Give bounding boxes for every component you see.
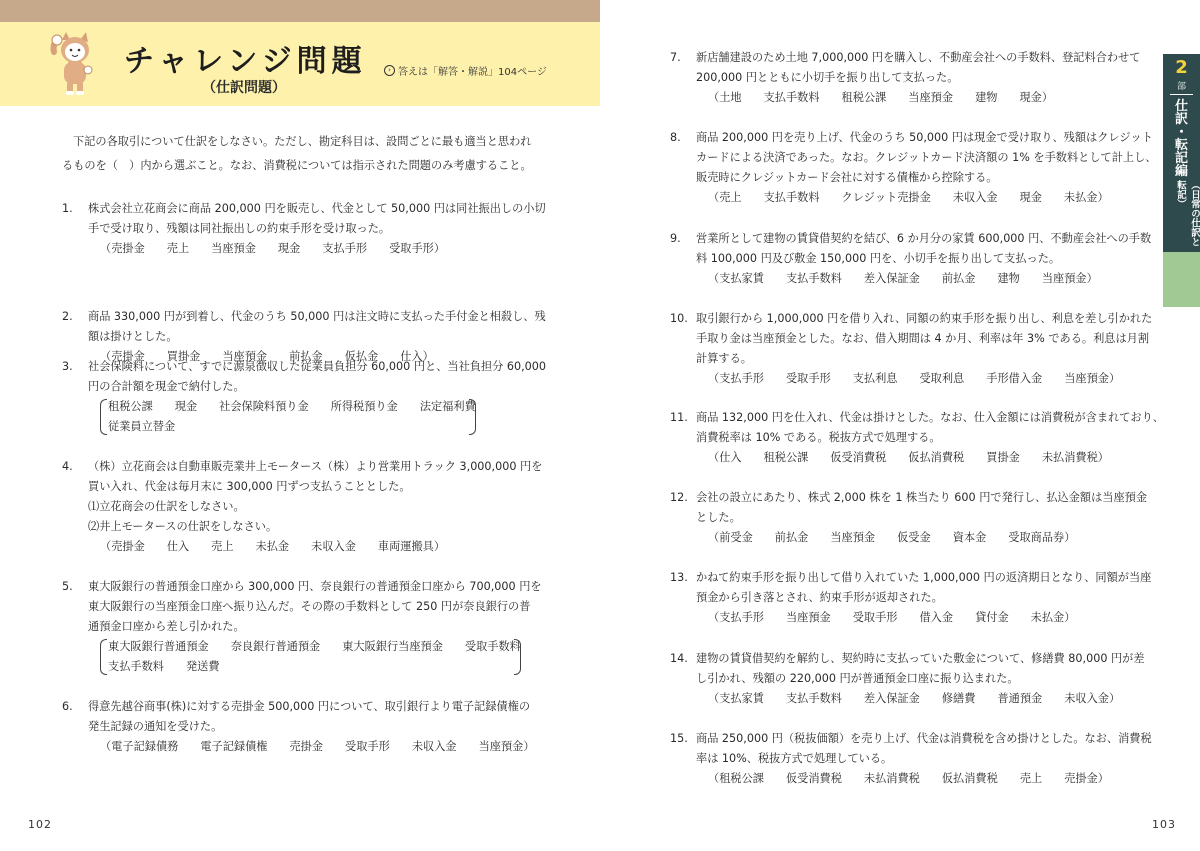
account-choices: （支払家賃支払手数料差入保証金修繕費普通預金未収入金） <box>708 689 1145 709</box>
answer-reference: › 答えは「解答・解説」104ページ <box>384 63 547 78</box>
choice: 売掛金 <box>289 740 323 753</box>
answer-reference-text: 答えは「解答・解説」104ページ <box>398 63 547 78</box>
choice: 車両運搬具） <box>378 540 445 553</box>
question-7: 7. 新店舗建設のため土地 7,000,000 円を購入し、不動産会社への手数料… <box>670 48 1140 108</box>
question-text: 建物の賃貸借契約を解約し、契約時に支払っていた敷金について、修繕費 80,000… <box>696 649 1145 669</box>
part-label: 部 <box>1163 79 1200 92</box>
question-1: 1. 株式会社立花商会に商品 200,000 円を販売し、代金として 50,00… <box>62 199 546 259</box>
page-title: チャレンジ問題 <box>124 36 367 80</box>
chapter-side-tab[interactable]: 2 部 仕訳・転記編 （日常の仕訳と転記） <box>1163 54 1200 252</box>
question-text: 手取り金は当座預金とした。なお、借入期間は 4 か月、利率は年 3% である。利… <box>696 329 1152 349</box>
question-number: 3. <box>62 357 88 377</box>
choice: 貸付金 <box>975 611 1009 624</box>
choice: 未払金） <box>1031 611 1076 624</box>
choice: 前払金 <box>942 272 976 285</box>
question-5: 5. 東大阪銀行の普通預金口座から 300,000 円、奈良銀行の普通預金口座か… <box>62 577 542 677</box>
question-number: 5. <box>62 577 88 597</box>
choice: 租税公課 <box>108 400 153 413</box>
account-choices: （売上支払手数料クレジット売掛金未収入金現金未払金） <box>708 188 1156 208</box>
question-text: 発生記録の通知を受けた。 <box>88 717 535 737</box>
question-text: 会社の設立にあたり、株式 2,000 株を 1 株当たり 600 円で発行し、払… <box>696 488 1147 508</box>
question-number: 8. <box>670 128 696 148</box>
choice: 租税公課 <box>764 451 809 464</box>
choice: 支払利息 <box>853 372 898 385</box>
question-number: 12. <box>670 488 696 508</box>
choice: （売上 <box>708 191 742 204</box>
choice: 租税公課 <box>842 91 887 104</box>
choice: （支払手形 <box>708 372 764 385</box>
choice: 現金 <box>175 400 197 413</box>
choice: 支払手数料 <box>108 660 164 673</box>
question-number: 10. <box>670 309 696 329</box>
question-text: 計算する。 <box>696 349 1152 369</box>
choice: 当座預金） <box>1042 272 1098 285</box>
choice: （売掛金 <box>100 242 145 255</box>
question-number: 1. <box>62 199 88 219</box>
question-text: 200,000 円とともに小切手を振り出して支払った。 <box>696 68 1140 88</box>
question-text: 東大阪銀行の普通預金口座から 300,000 円、奈良銀行の普通預金口座から 7… <box>88 577 542 597</box>
account-choices: （売掛金売上当座預金現金支払手形受取手形） <box>100 239 546 259</box>
choice: 当座預金 <box>830 531 875 544</box>
question-text: 販売時にクレジットカード会社に対する債権から控除する。 <box>696 168 1156 188</box>
choice: 仮受金 <box>897 531 931 544</box>
side-tab-accent <box>1163 252 1200 307</box>
choice: 買掛金 <box>986 451 1020 464</box>
question-text: （株）立花商会は自動車販売業井上モータース（株）より営業用トラック 3,000,… <box>88 457 542 477</box>
question-3: 3. 社会保険料について、すでに源泉徴収した従業員負担分 60,000 円と、当… <box>62 357 546 437</box>
choice: 建物 <box>975 91 997 104</box>
choice: 現金 <box>1020 191 1042 204</box>
account-choices: （支払手形受取手形支払利息受取利息手形借入金当座預金） <box>708 369 1152 389</box>
choice: 手形借入金 <box>986 372 1042 385</box>
choice: 差入保証金 <box>864 692 920 705</box>
question-text: 買い入れ、代金は毎月末に 300,000 円ずつ支払うこととした。 <box>88 477 542 497</box>
question-number: 9. <box>670 229 696 249</box>
right-brace <box>469 399 476 435</box>
instructions-line: 下記の各取引について仕訳をしなさい。ただし、勘定科目は、設問ごとに最も適当と思わ… <box>62 130 540 154</box>
choice: 売上 <box>1020 772 1042 785</box>
choice: 資本金 <box>953 531 987 544</box>
choice: 現金） <box>1019 91 1053 104</box>
choice: （支払家賃 <box>708 272 764 285</box>
left-page: チャレンジ問題 （仕訳問題） › 答えは「解答・解説」104ページ 下記の各取引… <box>0 0 600 851</box>
question-6: 6. 得意先越谷商事(株)に対する売掛金 500,000 円について、取引銀行よ… <box>62 697 535 757</box>
choice: 支払手形 <box>322 242 367 255</box>
question-number: 6. <box>62 697 88 717</box>
question-text: 新店舗建設のため土地 7,000,000 円を購入し、不動産会社への手数料、登記… <box>696 48 1140 68</box>
question-12: 12. 会社の設立にあたり、株式 2,000 株を 1 株当たり 600 円で発… <box>670 488 1147 548</box>
choice: 未収入金 <box>953 191 998 204</box>
question-text: 商品 200,000 円を売り上げ、代金のうち 50,000 円は現金で受け取り… <box>696 128 1156 148</box>
question-text: 株式会社立花商会に商品 200,000 円を販売し、代金として 50,000 円… <box>88 199 546 219</box>
question-number: 7. <box>670 48 696 68</box>
choice: 社会保険料預り金 <box>219 400 309 413</box>
question-number: 15. <box>670 729 696 749</box>
choice: 当座預金 <box>786 611 831 624</box>
account-choices: （支払手形当座預金受取手形借入金貸付金未払金） <box>708 608 1151 628</box>
account-choices: （前受金前払金当座預金仮受金資本金受取商品券） <box>708 528 1147 548</box>
question-text: 通預金口座から差し引かれた。 <box>88 617 542 637</box>
choice: 前払金 <box>775 531 809 544</box>
choice: 東大阪銀行普通預金 <box>108 640 209 653</box>
choice: 発送費 <box>186 660 220 673</box>
choice: 当座預金） <box>479 740 535 753</box>
question-text: 商品 330,000 円が到着し、代金のうち 50,000 円は注文時に支払った… <box>88 307 546 327</box>
choice: 仮払消費税 <box>942 772 998 785</box>
choice: 法定福利費 <box>420 400 476 413</box>
sub-question: ⑴立花商会の仕訳をしなさい。 <box>88 497 542 517</box>
account-choices: （売掛金仕入売上未払金未収入金車両運搬具） <box>100 537 542 557</box>
choice: 未払消費税） <box>1042 451 1109 464</box>
choice: 受取手形 <box>786 372 831 385</box>
choice: 当座預金 <box>908 91 953 104</box>
choice: 未払金） <box>1064 191 1109 204</box>
choice: 受取手形 <box>345 740 390 753</box>
account-choices: （土地支払手数料租税公課当座預金建物現金） <box>708 88 1140 108</box>
question-text: 東大阪銀行の当座預金口座へ振り込んだ。その際の手数料として 250 円が奈良銀行… <box>88 597 542 617</box>
question-text: 取引銀行から 1,000,000 円を借り入れ、同額の約束手形を振り出し、利息を… <box>696 309 1152 329</box>
choice: 仕入 <box>167 540 189 553</box>
choice: 売掛金） <box>1064 772 1109 785</box>
choice: 仮受消費税 <box>786 772 842 785</box>
question-text: し引かれ、残額の 220,000 円が普通預金口座に振り込まれた。 <box>696 669 1145 689</box>
choice: 受取手数料 <box>465 640 521 653</box>
choice: 奈良銀行普通預金 <box>231 640 321 653</box>
question-text: 円の合計額を現金で納付した。 <box>88 377 546 397</box>
choice: （支払手形 <box>708 611 764 624</box>
question-8: 8. 商品 200,000 円を売り上げ、代金のうち 50,000 円は現金で受… <box>670 128 1156 208</box>
choice: 借入金 <box>919 611 953 624</box>
choice: （売掛金 <box>100 540 145 553</box>
choice: 修繕費 <box>942 692 976 705</box>
question-15: 15. 商品 250,000 円（税抜価額）を売り上げ、代金は消費税を含め掛けと… <box>670 729 1152 789</box>
question-11: 11. 商品 132,000 円を仕入れ、代金は掛けとした。なお、仕入金額には消… <box>670 408 1164 468</box>
question-number: 13. <box>670 568 696 588</box>
choice: 差入保証金 <box>864 272 920 285</box>
question-text: 得意先越谷商事(株)に対する売掛金 500,000 円について、取引銀行より電子… <box>88 697 535 717</box>
section-title-char: 編 <box>1163 165 1200 178</box>
question-9: 9. 営業所として建物の賃貸借契約を結び、6 か月分の家賃 600,000 円、… <box>670 229 1151 289</box>
page-subtitle: （仕訳問題） <box>202 77 286 97</box>
choice: 支払手数料 <box>764 191 820 204</box>
page-number-right: 103 <box>1152 818 1176 831</box>
right-brace <box>514 639 521 675</box>
account-choices: （租税公課仮受消費税未払消費税仮払消費税売上売掛金） <box>708 769 1152 789</box>
question-text: 手で受け取り、残額は同社振出しの約束手形を受け取った。 <box>88 219 546 239</box>
tab-divider <box>1170 94 1193 95</box>
question-text: 消費税率は 10% である。税抜方式で処理する。 <box>696 428 1164 448</box>
choice: （仕入 <box>708 451 742 464</box>
choice: 未払金 <box>256 540 290 553</box>
choice: 支払手数料 <box>764 91 820 104</box>
account-choices: 租税公課現金社会保険料預り金所得税預り金法定福利費 従業員立替金 <box>100 397 476 437</box>
choice: 未払消費税 <box>864 772 920 785</box>
choice: 当座預金） <box>1064 372 1120 385</box>
question-number: 2. <box>62 307 88 327</box>
circle-arrow-icon: › <box>384 65 395 76</box>
shiba-mascot-icon <box>48 30 100 96</box>
choice: 建物 <box>997 272 1019 285</box>
choice: （土地 <box>708 91 742 104</box>
choice: 支払手数料 <box>786 692 842 705</box>
choice: （電子記録債務 <box>100 740 178 753</box>
choice: 現金 <box>278 242 300 255</box>
account-choices: （支払家賃支払手数料差入保証金前払金建物当座預金） <box>708 269 1151 289</box>
question-13: 13. かねて約束手形を振り出して借り入れていた 1,000,000 円の返済期… <box>670 568 1151 628</box>
top-color-band <box>0 0 600 22</box>
choice: （前受金 <box>708 531 753 544</box>
choice: 支払手数料 <box>786 272 842 285</box>
choice: 東大阪銀行当座預金 <box>342 640 443 653</box>
question-text: かねて約束手形を振り出して借り入れていた 1,000,000 円の返済期日となり… <box>696 568 1151 588</box>
question-number: 11. <box>670 408 696 428</box>
choice: 電子記録債権 <box>200 740 267 753</box>
question-10: 10. 取引銀行から 1,000,000 円を借り入れ、同額の約束手形を振り出し… <box>670 309 1152 389</box>
instructions-line: るものを（ ）内から選ぶこと。なお、消費税については指示された問題のみ考慮するこ… <box>62 154 540 178</box>
choice: （租税公課 <box>708 772 764 785</box>
choice: 普通預金 <box>997 692 1042 705</box>
section-title: 仕訳・転記編 <box>1163 100 1200 178</box>
question-text: 預金から引き落とされ、約束手形が返却された。 <box>696 588 1151 608</box>
right-page: 7. 新店舗建設のため土地 7,000,000 円を購入し、不動産会社への手数料… <box>600 0 1200 851</box>
choice: 未収入金 <box>311 540 356 553</box>
question-text: 社会保険料について、すでに源泉徴収した従業員負担分 60,000 円と、当社負担… <box>88 357 546 377</box>
part-number: 2 <box>1163 57 1200 78</box>
choice: 未収入金） <box>1064 692 1120 705</box>
page-number-left: 102 <box>28 818 52 831</box>
question-text: 営業所として建物の賃貸借契約を結び、6 か月分の家賃 600,000 円、不動産… <box>696 229 1151 249</box>
choice: クレジット売掛金 <box>842 191 931 204</box>
choice: 当座預金 <box>211 242 256 255</box>
question-4: 4. （株）立花商会は自動車販売業井上モータース（株）より営業用トラック 3,0… <box>62 457 542 557</box>
choice: （支払家賃 <box>708 692 764 705</box>
question-text: 商品 250,000 円（税抜価額）を売り上げ、代金は消費税を含め掛けとした。な… <box>696 729 1152 749</box>
question-text: 料 100,000 円及び敷金 150,000 円を、小切手を振り出して支払った… <box>696 249 1151 269</box>
choice: 売上 <box>167 242 189 255</box>
choice: 売上 <box>211 540 233 553</box>
choice: 仮受消費税 <box>830 451 886 464</box>
left-brace <box>100 639 107 675</box>
choice: 受取手形 <box>853 611 898 624</box>
account-choices: （電子記録債務電子記録債権売掛金受取手形未収入金当座預金） <box>100 737 535 757</box>
question-number: 14. <box>670 649 696 669</box>
section-subtitle: （日常の仕訳と転記） <box>1173 180 1200 252</box>
choice: 受取商品券） <box>1008 531 1075 544</box>
choice: 従業員立替金 <box>108 420 175 433</box>
choice: 所得税預り金 <box>331 400 398 413</box>
choice: 未収入金 <box>412 740 457 753</box>
question-text: 額は掛けとした。 <box>88 327 546 347</box>
sub-question: ⑵井上モータースの仕訳をしなさい。 <box>88 517 542 537</box>
left-brace <box>100 399 107 435</box>
question-text: カードによる決済であった。なお。クレジットカード決済額の 1% を手数料として計… <box>696 148 1156 168</box>
choice: 受取利息 <box>919 372 964 385</box>
question-number: 4. <box>62 457 88 477</box>
question-text: 商品 132,000 円を仕入れ、代金は掛けとした。なお、仕入金額には消費税が含… <box>696 408 1164 428</box>
account-choices: 東大阪銀行普通預金奈良銀行普通預金東大阪銀行当座預金受取手数料 支払手数料発送費 <box>100 637 521 677</box>
question-text: とした。 <box>696 508 1147 528</box>
instructions: 下記の各取引について仕訳をしなさい。ただし、勘定科目は、設問ごとに最も適当と思わ… <box>62 130 540 178</box>
choice: 仮払消費税 <box>908 451 964 464</box>
choice: 受取手形） <box>389 242 445 255</box>
account-choices: （仕入租税公課仮受消費税仮払消費税買掛金未払消費税） <box>708 448 1164 468</box>
question-text: 率は 10%、税抜方式で処理している。 <box>696 749 1152 769</box>
question-14: 14. 建物の賃貸借契約を解約し、契約時に支払っていた敷金について、修繕費 80… <box>670 649 1145 709</box>
